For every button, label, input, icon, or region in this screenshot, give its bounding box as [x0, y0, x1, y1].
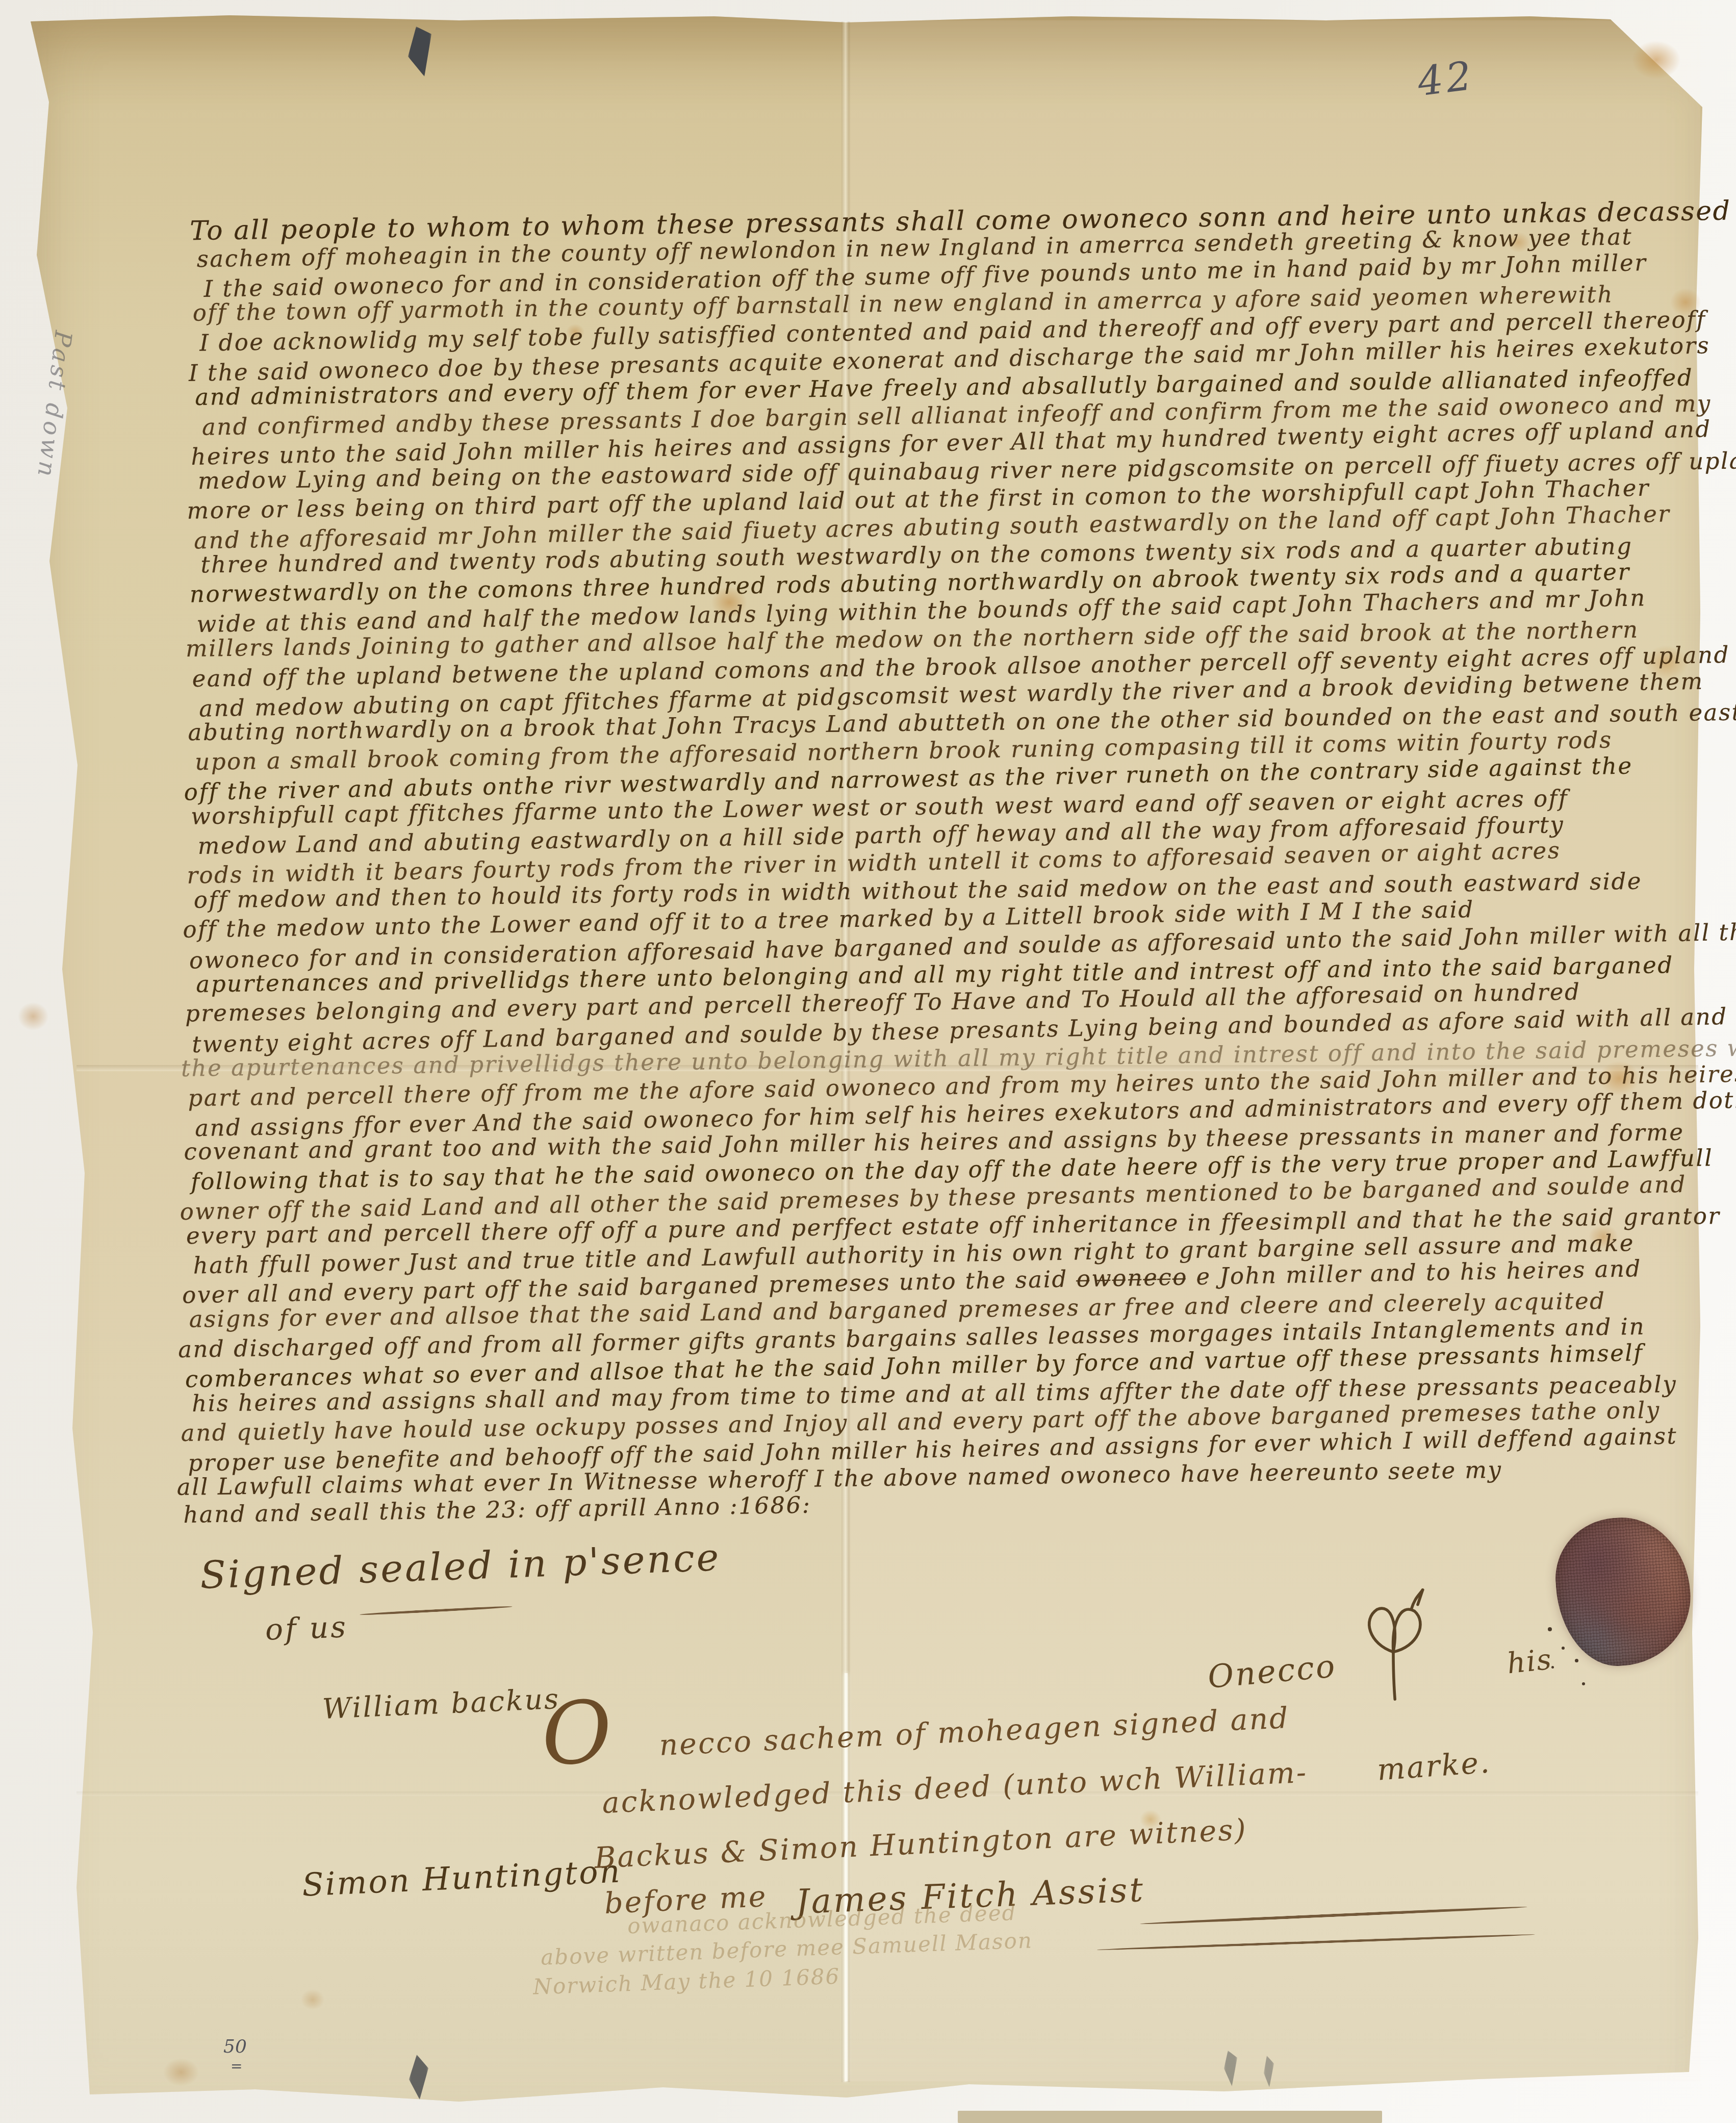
- witness-attestation-of-us: of us: [265, 1609, 348, 1647]
- adjacent-paper-edge: [958, 2111, 1382, 2123]
- ink-speck: [1551, 1666, 1554, 1669]
- archive-number-annotation: 42: [1415, 53, 1477, 106]
- stain: [18, 1002, 48, 1030]
- shelf-number-annotation: 50: [223, 2036, 247, 2057]
- document-scan: { "page": { "archive_number": "42", "she…: [0, 0, 1736, 2123]
- leaf-mark-icon: [1352, 1584, 1434, 1704]
- shelf-number-sub-annotation: =: [231, 2058, 242, 2075]
- ink-speck: [1582, 1682, 1585, 1685]
- acknowledgment-initial: O: [539, 1682, 615, 1785]
- signature-his-label: his: [1505, 1643, 1554, 1681]
- ink-speck: [1548, 1627, 1552, 1631]
- ink-speck: [1575, 1659, 1578, 1662]
- ink-speck: [1562, 1647, 1565, 1650]
